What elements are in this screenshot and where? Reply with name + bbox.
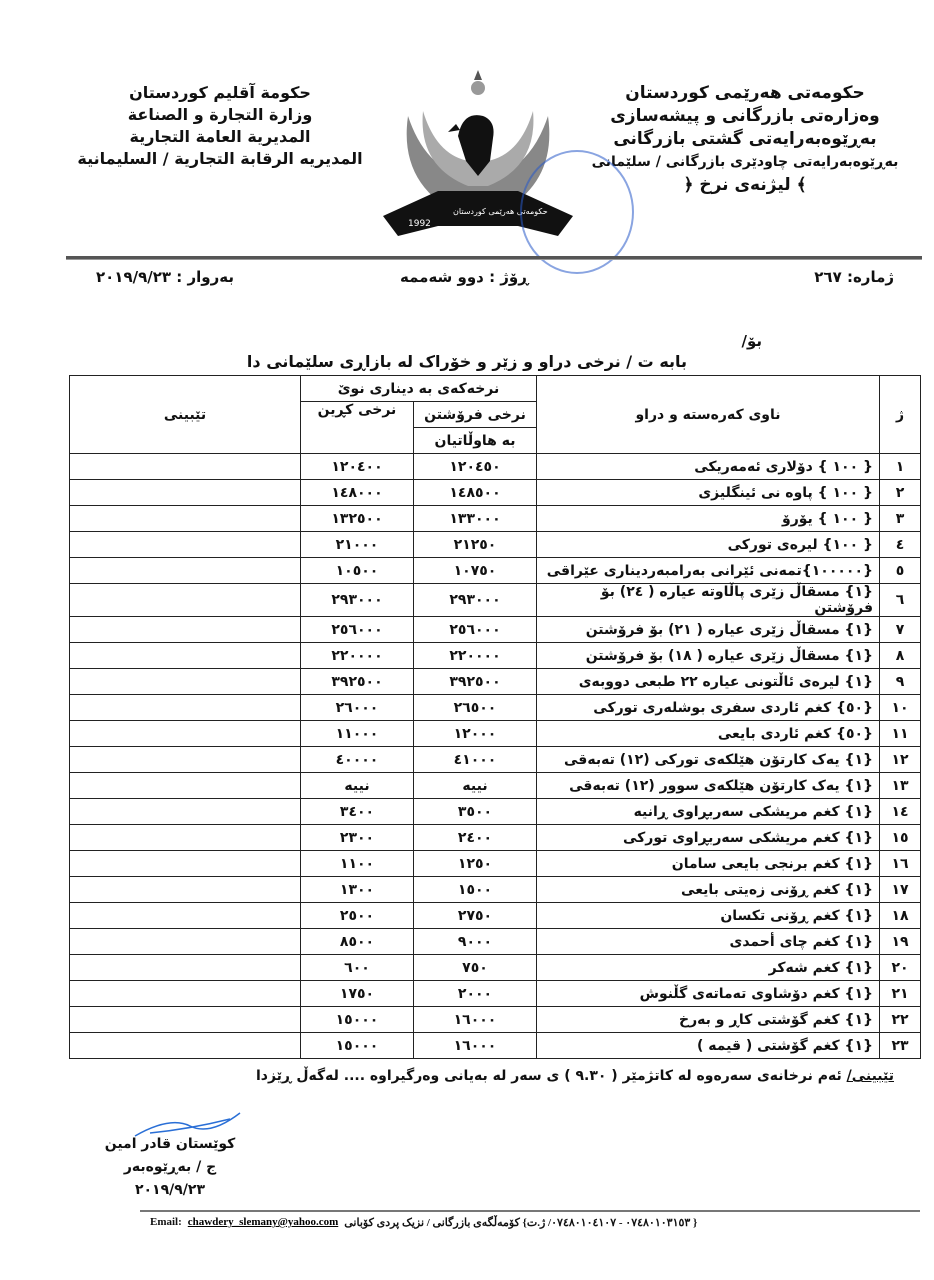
note-cell [70, 695, 301, 721]
footer-divider [140, 1210, 920, 1212]
document-date: بەروار : ٢٠١٩/٩/٢٣ [96, 268, 234, 286]
row-number: ١٤ [880, 799, 921, 825]
note-cell [70, 877, 301, 903]
col-header-sell: نرخی فرۆشتن [414, 402, 537, 428]
note-cell [70, 799, 301, 825]
item-name: {١} کغم ڕۆنی زەیتی بایعی [537, 877, 880, 903]
sell-price: ٧٥٠ [414, 955, 537, 981]
footer: Email: chawdery_slemany@yahoo.com { ٠٧٤٨… [150, 1216, 920, 1229]
buy-price: ١٥٠٠٠ [301, 1033, 414, 1059]
header-line: ﴾ لیژنەی نرخ ﴿ [590, 174, 900, 197]
table-row: ٣{ ١٠٠ } یۆرۆ١٣٣٠٠٠١٣٢٥٠٠ [70, 506, 921, 532]
note-cell [70, 747, 301, 773]
sell-price: ١٦٠٠٠ [414, 1033, 537, 1059]
table-row: ١١{٥٠} کغم ئاردی بایعی١٢٠٠٠١١٠٠٠ [70, 721, 921, 747]
sell-price: ١٥٠٠ [414, 877, 537, 903]
note-cell [70, 955, 301, 981]
row-number: ٥ [880, 558, 921, 584]
sell-price: ٢٩٣٠٠٠ [414, 584, 537, 617]
table-row: ١٧{١} کغم ڕۆنی زەیتی بایعی١٥٠٠١٣٠٠ [70, 877, 921, 903]
sell-price: ١٢٥٠ [414, 851, 537, 877]
header-kurdish: حکومەتی هەرێمی کوردستان وەزارەتی بازرگان… [590, 82, 900, 197]
buy-price: ١٤٨٠٠٠ [301, 480, 414, 506]
table-row: ٧{١} مسقاڵ زێری عیارە ( ٢١) بۆ فرۆشتن٢٥٦… [70, 617, 921, 643]
item-name: {٥٠} کغم ئاردی بایعی [537, 721, 880, 747]
table-row: ١{ ١٠٠ } دۆلاری ئەمەریکی١٢٠٤٥٠١٢٠٤٠٠ [70, 454, 921, 480]
table-row: ٦{١} مسقاڵ زێری پاڵاوتە عیارە ( ٢٤) بۆ ف… [70, 584, 921, 617]
sell-price: ٢٢٠٠٠٠ [414, 643, 537, 669]
item-name: {١} یەک کارتۆن هێلکەی تورکی (١٢) تەبەقی [537, 747, 880, 773]
buy-price: ٢٥٦٠٠٠ [301, 617, 414, 643]
sell-price: ١٢٠٤٥٠ [414, 454, 537, 480]
note-cell [70, 480, 301, 506]
sell-price: ١٢٠٠٠ [414, 721, 537, 747]
row-number: ٤ [880, 532, 921, 558]
row-number: ١ [880, 454, 921, 480]
table-row: ٢٠{١} کغم شەکر٧٥٠٦٠٠ [70, 955, 921, 981]
item-name: {١} کغم شەکر [537, 955, 880, 981]
table-row: ٢٢{١} کغم گۆشتی کاڕ و بەرخ١٦٠٠٠١٥٠٠٠ [70, 1007, 921, 1033]
item-name: { ١٠٠} لیرەی تورکی [537, 532, 880, 558]
buy-price: ١٥٠٠٠ [301, 1007, 414, 1033]
subject-line: بابە ت / نرخی دراو و زێر و خۆراک لە بازا… [0, 352, 934, 371]
sell-price: ١٤٨٥٠٠ [414, 480, 537, 506]
row-number: ٢٣ [880, 1033, 921, 1059]
buy-price: ١١٠٠٠ [301, 721, 414, 747]
buy-price: ٢٣٠٠ [301, 825, 414, 851]
row-number: ٨ [880, 643, 921, 669]
header-line: بەڕێوەبەرایەتی چاودێری بازرگانی / سلێمان… [590, 151, 900, 174]
header-line: وەزارەتی بازرگانی و پیشەسازی [590, 105, 900, 128]
row-number: ١٩ [880, 929, 921, 955]
row-number: ١١ [880, 721, 921, 747]
col-header-sell-sub: بە هاوڵاتیان [414, 428, 537, 454]
item-name: {١} کغم گۆشتی ( قیمە ) [537, 1033, 880, 1059]
buy-price: ١٧٥٠ [301, 981, 414, 1007]
table-row: ٨{١} مسقاڵ زێری عیارە ( ١٨) بۆ فرۆشتن٢٢٠… [70, 643, 921, 669]
sell-price: نییە [414, 773, 537, 799]
row-number: ١٠ [880, 695, 921, 721]
header-line: بەڕێوەبەرایەتی گشتی بازرگانی [590, 128, 900, 151]
row-number: ١٨ [880, 903, 921, 929]
col-header-number: ژ [880, 376, 921, 454]
email-link[interactable]: chawdery_slemany@yahoo.com [188, 1216, 338, 1229]
row-number: ٣ [880, 506, 921, 532]
item-name: { ١٠٠ } دۆلاری ئەمەریکی [537, 454, 880, 480]
row-number: ١٧ [880, 877, 921, 903]
row-number: ٢٢ [880, 1007, 921, 1033]
sell-price: ٢٠٠٠ [414, 981, 537, 1007]
table-row: ١٥{١} کغم مریشکی سەربڕاوی تورکی٢٤٠٠٢٣٠٠ [70, 825, 921, 851]
table-row: ٢١{١} کغم دۆشاوی تەماتەی گڵنوش٢٠٠٠١٧٥٠ [70, 981, 921, 1007]
row-number: ٢٠ [880, 955, 921, 981]
buy-price: ١٣٢٥٠٠ [301, 506, 414, 532]
row-number: ١٢ [880, 747, 921, 773]
buy-price: ٤٠٠٠٠ [301, 747, 414, 773]
header-divider [66, 256, 922, 260]
item-name: {١} کغم ڕۆنی تکسان [537, 903, 880, 929]
buy-price: ٢١٠٠٠ [301, 532, 414, 558]
sell-price: ١٠٧٥٠ [414, 558, 537, 584]
row-number: ٦ [880, 584, 921, 617]
sell-price: ٤١٠٠٠ [414, 747, 537, 773]
table-row: ١٩{١} کغم چای أحمدی٩٠٠٠٨٥٠٠ [70, 929, 921, 955]
table-row: ٤{ ١٠٠} لیرەی تورکی٢١٢٥٠٢١٠٠٠ [70, 532, 921, 558]
signature-block: کوێستان قادر امین ج / بەڕێوەبەر ٢٠١٩/٩/٢… [100, 1133, 240, 1202]
header-line: حكومة آقليم كوردستان [70, 82, 370, 104]
note-cell [70, 773, 301, 799]
table-row: ١٦{١} کغم برنجی بایعی سامان١٢٥٠١١٠٠ [70, 851, 921, 877]
table-row: ٩{١} لیرەی ئاڵتونی عیارە ٢٢ طبعی دووبەی٣… [70, 669, 921, 695]
row-number: ٧ [880, 617, 921, 643]
footer-contact: { ٠٧٤٨٠١٠٣١٥٣ - ٠٧٤٨٠١٠٤١٠٧/ ژ.ت} کۆمەڵگ… [344, 1216, 697, 1229]
header-line: وزارة التجارة و الصناعة [70, 104, 370, 126]
col-header-price-group: نرخەکەی بە دیناری نوێ [301, 376, 537, 402]
note-cell [70, 851, 301, 877]
buy-price: ٢٦٠٠٠ [301, 695, 414, 721]
footnote-label: تێبینی/ [847, 1068, 894, 1084]
recipient-label: بۆ/ [741, 332, 762, 350]
table-row: ١٨{١} کغم ڕۆنی تکسان٢٧٥٠٢٥٠٠ [70, 903, 921, 929]
note-cell [70, 532, 301, 558]
sell-price: ١٣٣٠٠٠ [414, 506, 537, 532]
header-line: المديرية العامة التجارية [70, 126, 370, 148]
note-cell [70, 981, 301, 1007]
footnote: تێبینی/ ئەم نرخانەی سەرەوە لە کاتژمێر ( … [256, 1068, 894, 1084]
item-name: {١} مسقاڵ زێری پاڵاوتە عیارە ( ٢٤) بۆ فر… [537, 584, 880, 617]
note-cell [70, 1033, 301, 1059]
table-row: ٢{ ١٠٠ } پاوە نی ئینگلیزی١٤٨٥٠٠١٤٨٠٠٠ [70, 480, 921, 506]
buy-price: ١٣٠٠ [301, 877, 414, 903]
note-cell [70, 643, 301, 669]
price-table: ژ ناوی کەرەستە و دراو نرخەکەی بە دیناری … [69, 375, 921, 1059]
item-name: { ١٠٠ } پاوە نی ئینگلیزی [537, 480, 880, 506]
header-line: المديريه الرقابة التجارية / السليمانية [70, 148, 370, 170]
table-row: ١٤{١} کغم مریشکی سەربڕاوی ڕانیە٣٥٠٠٣٤٠٠ [70, 799, 921, 825]
sell-price: ٢٧٥٠ [414, 903, 537, 929]
item-name: {١} کغم دۆشاوی تەماتەی گڵنوش [537, 981, 880, 1007]
buy-price: نییە [301, 773, 414, 799]
buy-price: ٦٠٠ [301, 955, 414, 981]
buy-price: ١٠٥٠٠ [301, 558, 414, 584]
note-cell [70, 454, 301, 480]
item-name: {١} مسقاڵ زێری عیارە ( ١٨) بۆ فرۆشتن [537, 643, 880, 669]
sell-price: ٣٥٠٠ [414, 799, 537, 825]
row-number: ١٦ [880, 851, 921, 877]
signature-date: ٢٠١٩/٩/٢٣ [100, 1179, 240, 1202]
buy-price: ٢٩٣٠٠٠ [301, 584, 414, 617]
table-row: ١٠{٥٠} کغم ئاردی سفری بوشلەری تورکی٢٦٥٠٠… [70, 695, 921, 721]
footnote-text: ئەم نرخانەی سەرەوە لە کاتژمێر ( ٩.٣٠ ) ی… [256, 1068, 847, 1084]
buy-price: ١١٠٠ [301, 851, 414, 877]
note-cell [70, 506, 301, 532]
item-name: {١} کغم مریشکی سەربڕاوی ڕانیە [537, 799, 880, 825]
row-number: ١٣ [880, 773, 921, 799]
svg-text:1992: 1992 [408, 219, 431, 229]
row-number: ١٥ [880, 825, 921, 851]
note-cell [70, 929, 301, 955]
note-cell [70, 1007, 301, 1033]
sell-price: ٩٠٠٠ [414, 929, 537, 955]
table-row: ٢٣{١} کغم گۆشتی ( قیمە )١٦٠٠٠١٥٠٠٠ [70, 1033, 921, 1059]
item-name: {١} کغم مریشکی سەربڕاوی تورکی [537, 825, 880, 851]
email-label: Email: [150, 1216, 182, 1229]
item-name: {١} کغم گۆشتی کاڕ و بەرخ [537, 1007, 880, 1033]
item-name: {١} یەک کارتۆن هێلکەی سوور (١٢) تەبەقی [537, 773, 880, 799]
sell-price: ٢٤٠٠ [414, 825, 537, 851]
item-name: { ١٠٠ } یۆرۆ [537, 506, 880, 532]
item-name: {١} لیرەی ئاڵتونی عیارە ٢٢ طبعی دووبەی [537, 669, 880, 695]
item-name: {٥٠} کغم ئاردی سفری بوشلەری تورکی [537, 695, 880, 721]
sell-price: ١٦٠٠٠ [414, 1007, 537, 1033]
note-cell [70, 721, 301, 747]
buy-price: ١٢٠٤٠٠ [301, 454, 414, 480]
note-cell [70, 825, 301, 851]
signatory-title: ج / بەڕێوەبەر [100, 1156, 240, 1179]
document-number: ژمارە: ٢٦٧ [814, 268, 894, 286]
note-cell [70, 617, 301, 643]
buy-price: ٣٩٢٥٠٠ [301, 669, 414, 695]
item-name: {١} کغم برنجی بایعی سامان [537, 851, 880, 877]
item-name: {١} کغم چای أحمدی [537, 929, 880, 955]
buy-price: ٢٢٠٠٠٠ [301, 643, 414, 669]
buy-price: ٨٥٠٠ [301, 929, 414, 955]
buy-price: ٢٥٠٠ [301, 903, 414, 929]
sell-price: ٢١٢٥٠ [414, 532, 537, 558]
sell-price: ٣٩٢٥٠٠ [414, 669, 537, 695]
buy-price: ٣٤٠٠ [301, 799, 414, 825]
table-row: ١٣{١} یەک کارتۆن هێلکەی سوور (١٢) تەبەقی… [70, 773, 921, 799]
row-number: ٢ [880, 480, 921, 506]
header-line: حکومەتی هەرێمی کوردستان [590, 82, 900, 105]
document-day: ڕۆژ : دوو شەممە [400, 268, 528, 286]
header-arabic: حكومة آقليم كوردستان وزارة التجارة و الص… [70, 82, 370, 170]
note-cell [70, 669, 301, 695]
note-cell [70, 558, 301, 584]
col-header-notes: تێبینی [70, 376, 301, 454]
col-header-item: ناوی کەرەستە و دراو [537, 376, 880, 454]
signature-scribble-icon [130, 1111, 250, 1141]
table-row: ٥{١٠٠٠٠٠}تمەنی ئێرانی بەرامبەردیناری عێر… [70, 558, 921, 584]
note-cell [70, 584, 301, 617]
note-cell [70, 903, 301, 929]
col-header-buy: نرخی کڕین [301, 402, 414, 454]
sell-price: ٢٦٥٠٠ [414, 695, 537, 721]
sell-price: ٢٥٦٠٠٠ [414, 617, 537, 643]
item-name: {١} مسقاڵ زێری عیارە ( ٢١) بۆ فرۆشتن [537, 617, 880, 643]
table-row: ١٢{١} یەک کارتۆن هێلکەی تورکی (١٢) تەبەق… [70, 747, 921, 773]
item-name: {١٠٠٠٠٠}تمەنی ئێرانی بەرامبەردیناری عێرا… [537, 558, 880, 584]
row-number: ٩ [880, 669, 921, 695]
row-number: ٢١ [880, 981, 921, 1007]
